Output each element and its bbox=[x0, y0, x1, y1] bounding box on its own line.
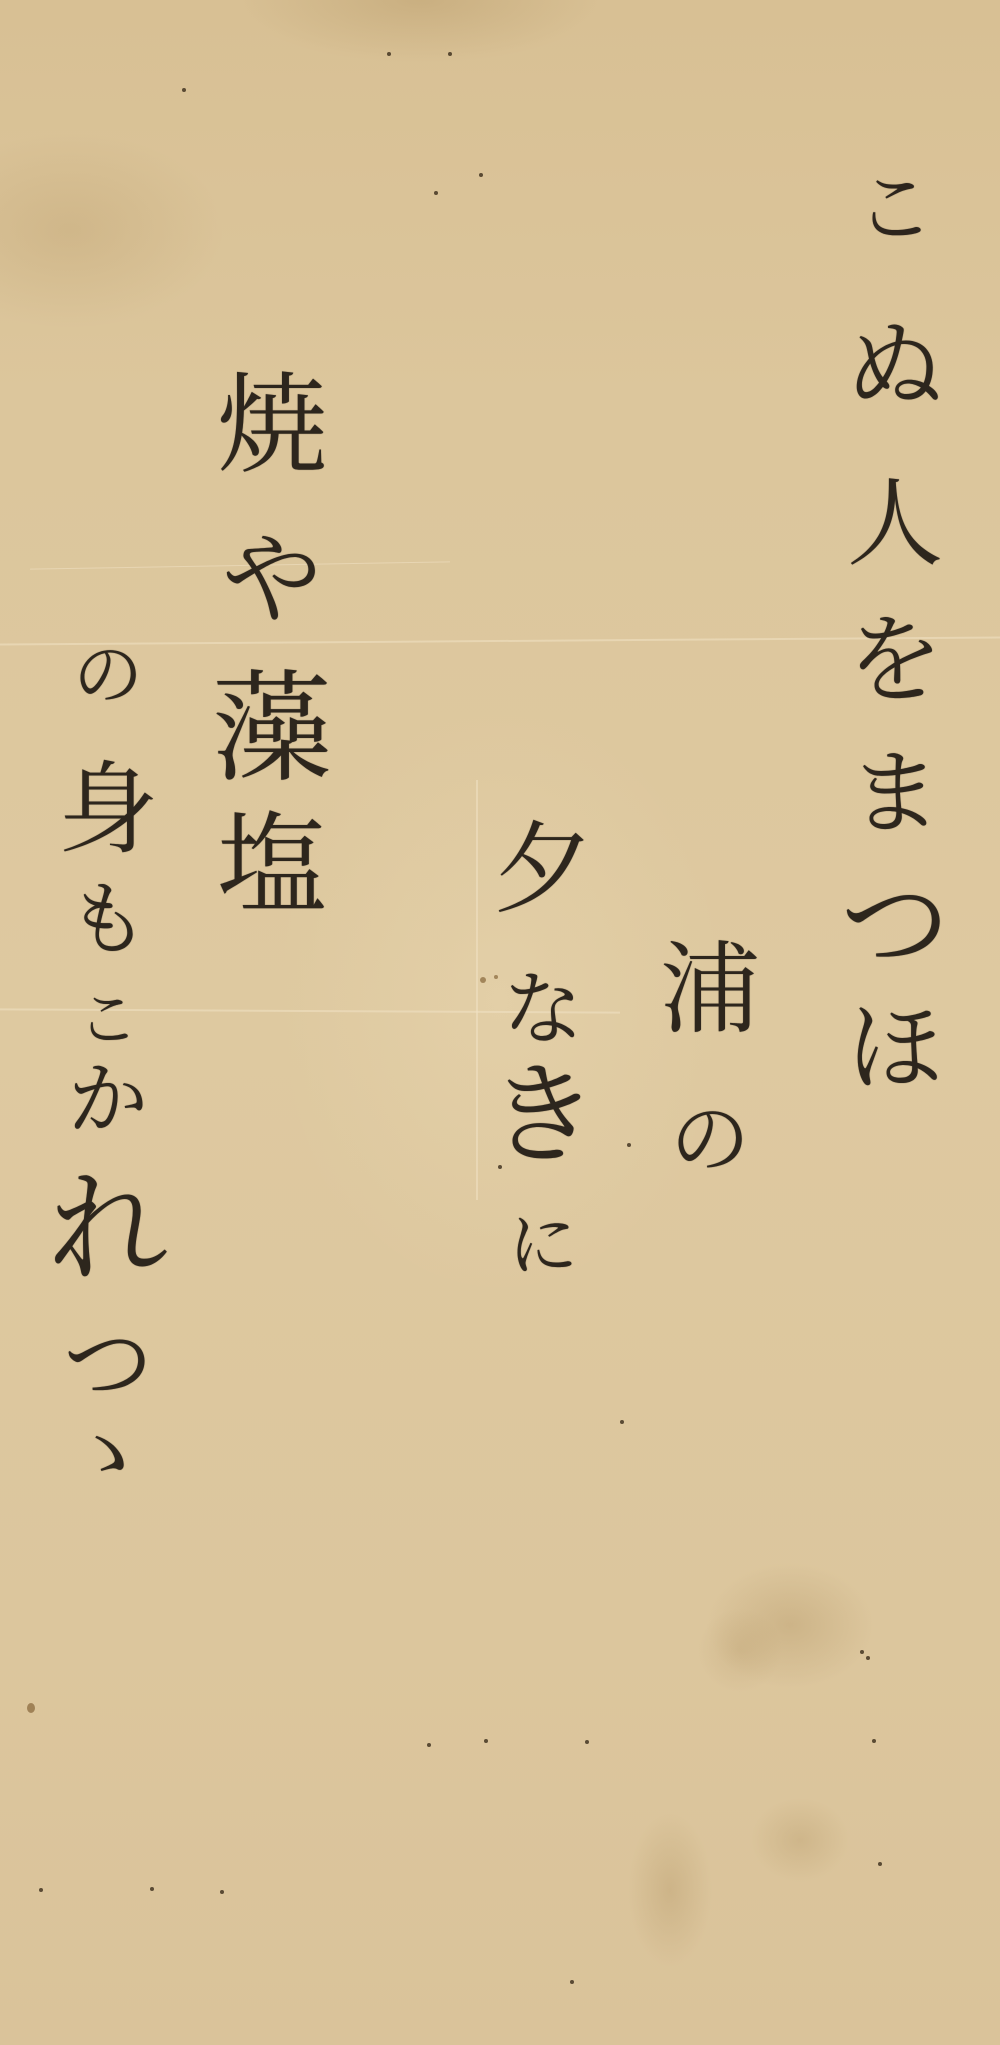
ink-speck bbox=[484, 1739, 488, 1743]
ink-speck bbox=[585, 1740, 589, 1744]
poem-column-1: こぬ人をまつほ bbox=[840, 170, 950, 1096]
calligraphy-glyph: 人 bbox=[847, 476, 943, 572]
poem-column-5: の身もこかれつゝ bbox=[48, 640, 168, 1500]
ink-speck bbox=[39, 1888, 43, 1892]
paper-stain bbox=[27, 1703, 35, 1713]
poem-column-4: 焼や藻塩 bbox=[212, 370, 332, 920]
calligraphy-glyph: ほ bbox=[847, 1000, 943, 1096]
calligraphy-glyph: ぬ bbox=[846, 318, 944, 416]
ink-speck bbox=[570, 1980, 574, 1984]
calligraphy-sheet: こぬ人をまつほ 浦の 夕なきに 焼や藻塩 の身もこかれつゝ bbox=[0, 0, 1000, 2045]
ink-speck bbox=[620, 1420, 624, 1424]
calligraphy-glyph: な bbox=[503, 970, 583, 1050]
ink-speck bbox=[872, 1739, 876, 1743]
poem-column-3: 夕なきに bbox=[488, 820, 598, 1280]
calligraphy-glyph: に bbox=[508, 1210, 578, 1280]
calligraphy-glyph: 藻 bbox=[212, 670, 332, 790]
ink-speck bbox=[387, 52, 391, 56]
calligraphy-glyph: 塩 bbox=[217, 810, 327, 920]
calligraphy-glyph: 身 bbox=[58, 760, 158, 860]
calligraphy-glyph: こ bbox=[78, 990, 138, 1050]
ink-speck bbox=[220, 1890, 224, 1894]
poem-column-2: 浦の bbox=[660, 940, 760, 1180]
calligraphy-glyph: れ bbox=[48, 1170, 168, 1290]
calligraphy-glyph: の bbox=[73, 640, 143, 710]
calligraphy-glyph: つ bbox=[63, 1320, 153, 1410]
calligraphy-glyph: き bbox=[488, 1060, 598, 1170]
calligraphy-glyph: ゝ bbox=[63, 1410, 153, 1500]
ink-speck bbox=[866, 1656, 870, 1660]
calligraphy-glyph: か bbox=[68, 1060, 148, 1140]
calligraphy-glyph: つ bbox=[840, 870, 950, 980]
ink-speck bbox=[150, 1887, 154, 1891]
ink-speck bbox=[627, 1143, 631, 1147]
calligraphy-glyph: の bbox=[670, 1100, 750, 1180]
ink-speck bbox=[448, 52, 452, 56]
calligraphy-glyph: 夕 bbox=[493, 820, 593, 920]
ink-speck bbox=[434, 191, 438, 195]
ink-speck bbox=[182, 88, 186, 92]
calligraphy-glyph: も bbox=[68, 880, 148, 960]
calligraphy-glyph: 浦 bbox=[660, 940, 760, 1040]
ink-speck bbox=[860, 1650, 864, 1654]
ink-speck bbox=[479, 173, 483, 177]
calligraphy-glyph: ま bbox=[849, 748, 941, 840]
ink-speck bbox=[427, 1743, 431, 1747]
calligraphy-glyph: こ bbox=[856, 170, 934, 248]
paper-crease bbox=[476, 780, 478, 1200]
paper-stain bbox=[480, 977, 486, 983]
calligraphy-glyph: を bbox=[847, 612, 943, 708]
calligraphy-glyph: 焼 bbox=[217, 370, 327, 480]
calligraphy-glyph: や bbox=[222, 530, 322, 630]
ink-speck bbox=[878, 1862, 882, 1866]
